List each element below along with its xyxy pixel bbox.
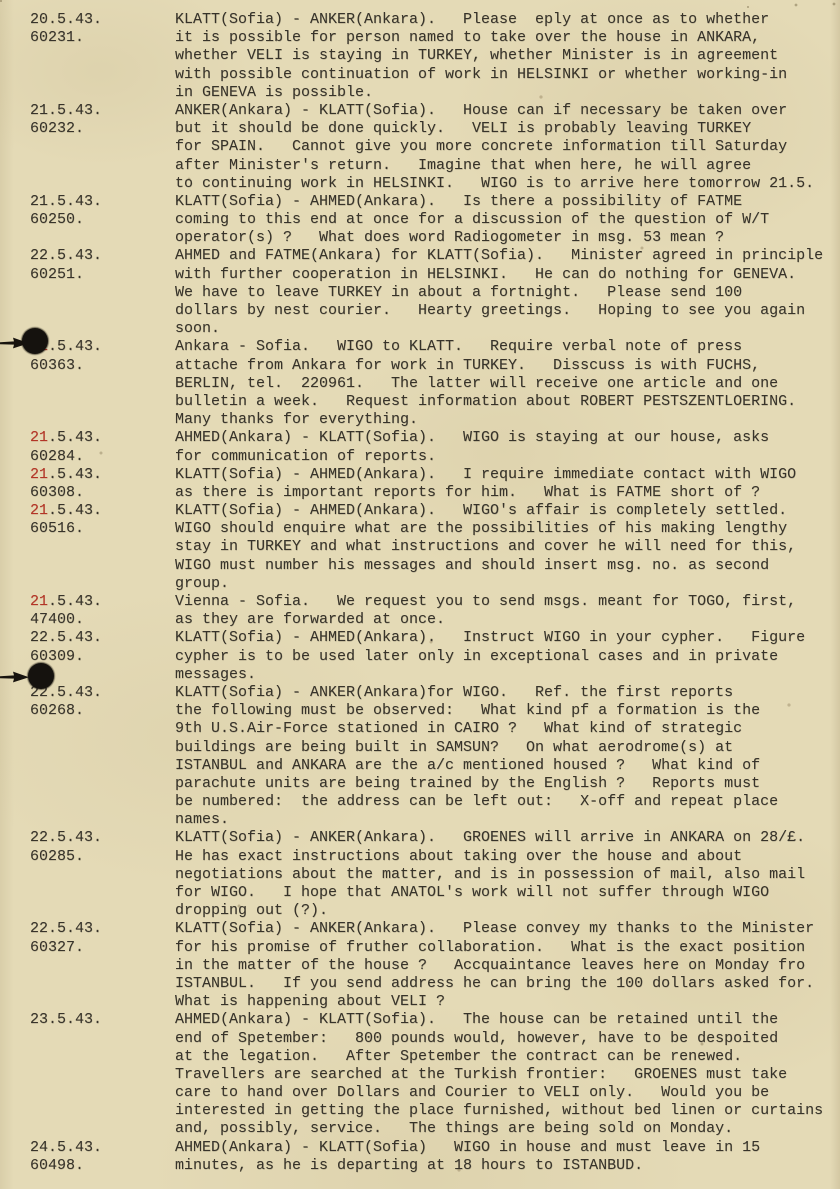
message-line: interested in getting the place furnishe…: [175, 1102, 840, 1120]
entry-date-black: .5.43.: [48, 466, 102, 483]
entry-date-black: 22.5.43.: [30, 629, 102, 646]
hole-punch: [28, 663, 54, 689]
entry-date-red: 21: [30, 429, 48, 446]
entry-date: 23.5.43.: [30, 1011, 175, 1029]
intercept-entry: 22.5.43. 60285. KLATT(Sofia) - ANKER(Ank…: [0, 829, 840, 920]
entry-date: 21.5.43.: [30, 593, 175, 611]
entry-message: KLATT(Sofia) - AHMED(Ankara). Is there a…: [175, 193, 840, 248]
entry-serial: 47400.: [30, 611, 175, 629]
message-line: What is happening about VELI ?: [175, 993, 840, 1011]
entry-left-column: 23.5.43.: [0, 1011, 175, 1138]
message-line: Vienna - Sofia. We request you to send m…: [175, 593, 840, 611]
entry-message: ANKER(Ankara) - KLATT(Sofia). House can …: [175, 102, 840, 193]
message-line: the following must be observed: What kin…: [175, 702, 840, 720]
entry-date: 24.5.43.: [30, 1139, 175, 1157]
message-line: names.: [175, 811, 840, 829]
entry-message: KLATT(Sofia) - AHMED(Ankara). Instruct W…: [175, 629, 840, 684]
entry-left-column: 21.5.43. 47400.: [0, 593, 175, 629]
entry-serial: 60498.: [30, 1157, 175, 1175]
entry-message: KLATT(Sofia) - AHMED(Ankara). WIGO's aff…: [175, 502, 840, 593]
entry-date: 22.5.43.: [30, 829, 175, 847]
entry-date-black: 22.5.43.: [30, 920, 102, 937]
message-line: AHMED and FATME(Ankara) for KLATT(Sofia)…: [175, 247, 840, 265]
entry-serial: 60232.: [30, 120, 175, 138]
message-line: and, possibly, service. The things are b…: [175, 1120, 840, 1138]
entry-left-column: 21.5.43. 60232.: [0, 102, 175, 193]
message-line: bulletin a week. Request information abo…: [175, 393, 840, 411]
intercept-entry: 21.5.43. 60308. KLATT(Sofia) - AHMED(Ank…: [0, 466, 840, 502]
message-line: for his promise of fruther collaboration…: [175, 939, 840, 957]
message-line: stay in TURKEY and what instructions and…: [175, 538, 840, 556]
message-line: end of Spetember: 800 pounds would, howe…: [175, 1030, 840, 1048]
entry-left-column: 21.5.43. 60308.: [0, 466, 175, 502]
message-line: KLATT(Sofia) - AHMED(Ankara). Is there a…: [175, 193, 840, 211]
entry-serial: 60268.: [30, 702, 175, 720]
message-line: ANKER(Ankara) - KLATT(Sofia). House can …: [175, 102, 840, 120]
intercept-entry: 21.5.43. 60363. Ankara - Sofia. WIGO to …: [0, 338, 840, 429]
message-line: as they are forwarded at once.: [175, 611, 840, 629]
message-line: for communication of reports.: [175, 448, 840, 466]
message-line: after Minister's return. Imagine that wh…: [175, 157, 840, 175]
message-line: AHMED(Ankara) - KLATT(Sofia). The house …: [175, 1011, 840, 1029]
entry-message: AHMED(Ankara) - KLATT(Sofia). The house …: [175, 1011, 840, 1138]
entry-date: 22.5.43.: [30, 629, 175, 647]
margin-arrow-icon: [0, 668, 30, 686]
entry-date-black: 22.5.43.: [30, 829, 102, 846]
message-line: it is possible for person named to take …: [175, 29, 840, 47]
intercept-entry: 24.5.43. 60498. AHMED(Ankara) - KLATT(So…: [0, 1139, 840, 1175]
entry-date-black: .5.43.: [48, 502, 102, 519]
entry-message: AHMED and FATME(Ankara) for KLATT(Sofia)…: [175, 247, 840, 338]
message-line: Ankara - Sofia. WIGO to KLATT. Require v…: [175, 338, 840, 356]
message-line: We have to leave TURKEY in about a fortn…: [175, 284, 840, 302]
entry-date-black: 24.5.43.: [30, 1139, 102, 1156]
intercept-list: 20.5.43. 60231. KLATT(Sofia) - ANKER(Ank…: [0, 11, 840, 1175]
entry-message: AHMED(Ankara) - KLATT(Sofia) WIGO in hou…: [175, 1139, 840, 1175]
paper-specks: [0, 0, 2, 2]
message-line: attache from Ankara for work in TURKEY. …: [175, 357, 840, 375]
intercept-entry: 21.5.43. 60516. KLATT(Sofia) - AHMED(Ank…: [0, 502, 840, 593]
message-line: ISTANBUL and ANKARA are the a/c mentione…: [175, 757, 840, 775]
message-line: KLATT(Sofia) - ANKER(Ankara). GROENES wi…: [175, 829, 840, 847]
message-line: group.: [175, 575, 840, 593]
message-line: whether VELI is staying in TURKEY, wheth…: [175, 47, 840, 65]
message-line: for SPAIN. Cannot give you more concrete…: [175, 138, 840, 156]
message-line: be numbered: the address can be left out…: [175, 793, 840, 811]
document-page: 20.5.43. 60231. KLATT(Sofia) - ANKER(Ank…: [0, 0, 840, 1189]
message-line: AHMED(Ankara) - KLATT(Sofia) WIGO in hou…: [175, 1139, 840, 1157]
entry-left-column: 24.5.43. 60498.: [0, 1139, 175, 1175]
entry-date-black: 22.5.43.: [30, 247, 102, 264]
entry-message: KLATT(Sofia) - ANKER(Ankara)for WIGO. Re…: [175, 684, 840, 830]
entry-date: 21.5.43.: [30, 466, 175, 484]
message-line: KLATT(Sofia) - AHMED(Ankara). Instruct W…: [175, 629, 840, 647]
entry-serial: 60285.: [30, 848, 175, 866]
entry-date-black: .5.43.: [48, 429, 102, 446]
entry-left-column: 21.5.43. 60250.: [0, 193, 175, 248]
entry-date-black: 21.5.43.: [30, 102, 102, 119]
message-line: BERLIN, tel. 220961. The latter will rec…: [175, 375, 840, 393]
entry-serial: 60251.: [30, 266, 175, 284]
entry-date: 21.5.43.: [30, 429, 175, 447]
entry-date-black: 20.5.43.: [30, 11, 102, 28]
entry-left-column: 22.5.43. 60251.: [0, 247, 175, 338]
entry-left-column: 21.5.43. 60516.: [0, 502, 175, 593]
message-line: KLATT(Sofia) - AHMED(Ankara). WIGO's aff…: [175, 502, 840, 520]
intercept-entry: 21.5.43. 60232. ANKER(Ankara) - KLATT(So…: [0, 102, 840, 193]
entry-date: 20.5.43.: [30, 11, 175, 29]
entry-date-black: .5.43.: [48, 338, 102, 355]
message-line: buildings are being built in SAMSUN? On …: [175, 739, 840, 757]
intercept-entry: 23.5.43. AHMED(Ankara) - KLATT(Sofia). T…: [0, 1011, 840, 1138]
message-line: AHMED(Ankara) - KLATT(Sofia). WIGO is st…: [175, 429, 840, 447]
message-line: Travellers are searched at the Turkish f…: [175, 1066, 840, 1084]
entry-message: KLATT(Sofia) - ANKER(Ankara). Please epl…: [175, 11, 840, 102]
message-line: cypher is to be used later only in excep…: [175, 648, 840, 666]
entry-message: KLATT(Sofia) - ANKER(Ankara). Please con…: [175, 920, 840, 1011]
entry-serial: 60327.: [30, 939, 175, 957]
entry-left-column: 22.5.43. 60268.: [0, 684, 175, 830]
message-line: 9th U.S.Air-Force stationed in CAIRO ? W…: [175, 720, 840, 738]
entry-date: 21.5.43.: [30, 102, 175, 120]
entry-date: 22.5.43.: [30, 684, 175, 702]
entry-serial: 60516.: [30, 520, 175, 538]
message-line: WIGO should enquire what are the possibi…: [175, 520, 840, 538]
entry-date: 21.5.43.: [30, 338, 175, 356]
message-line: for WIGO. I hope that ANATOL's work will…: [175, 884, 840, 902]
entry-date-black: 23.5.43.: [30, 1011, 102, 1028]
intercept-entry: 22.5.43. 60251. AHMED and FATME(Ankara) …: [0, 247, 840, 338]
entry-message: KLATT(Sofia) - ANKER(Ankara). GROENES wi…: [175, 829, 840, 920]
message-line: with possible continuation of work in HE…: [175, 66, 840, 84]
message-line: parachute units are being trained by the…: [175, 775, 840, 793]
message-line: KLATT(Sofia) - ANKER(Ankara). Please epl…: [175, 11, 840, 29]
entry-message: AHMED(Ankara) - KLATT(Sofia). WIGO is st…: [175, 429, 840, 465]
entry-left-column: 22.5.43. 60285.: [0, 829, 175, 920]
message-line: at the legation. After Spetember the con…: [175, 1048, 840, 1066]
message-line: Many thanks for everything.: [175, 411, 840, 429]
entry-date-black: .5.43.: [48, 593, 102, 610]
message-line: operator(s) ? What does word Radiogomete…: [175, 229, 840, 247]
intercept-entry: 21.5.43. 47400. Vienna - Sofia. We reque…: [0, 593, 840, 629]
entry-date-red: 21: [30, 466, 48, 483]
intercept-entry: 21.5.43. 60250. KLATT(Sofia) - AHMED(Ank…: [0, 193, 840, 248]
intercept-entry: 20.5.43. 60231. KLATT(Sofia) - ANKER(Ank…: [0, 11, 840, 102]
message-line: soon.: [175, 320, 840, 338]
intercept-entry: 22.5.43. 60268. KLATT(Sofia) - ANKER(Ank…: [0, 684, 840, 830]
message-line: messages.: [175, 666, 840, 684]
message-line: coming to this end at once for a discuss…: [175, 211, 840, 229]
entry-serial: 60308.: [30, 484, 175, 502]
entry-left-column: 20.5.43. 60231.: [0, 11, 175, 102]
message-line: as there is important reports for him. W…: [175, 484, 840, 502]
entry-date-red: 21: [30, 593, 48, 610]
message-line: in the matter of the house ? Accquaintan…: [175, 957, 840, 975]
entry-message: Vienna - Sofia. We request you to send m…: [175, 593, 840, 629]
message-line: KLATT(Sofia) - ANKER(Ankara)for WIGO. Re…: [175, 684, 840, 702]
entry-left-column: 22.5.43. 60327.: [0, 920, 175, 1011]
entry-serial: 60231.: [30, 29, 175, 47]
entry-date: 21.5.43.: [30, 193, 175, 211]
message-line: care to hand over Dollars and Courier to…: [175, 1084, 840, 1102]
entry-date-black: 21.5.43.: [30, 193, 102, 210]
message-line: with further cooperation in HELSINKI. He…: [175, 266, 840, 284]
message-line: dollars by nest courier. Hearty greeting…: [175, 302, 840, 320]
message-line: but it should be done quickly. VELI is p…: [175, 120, 840, 138]
entry-serial: 60250.: [30, 211, 175, 229]
message-line: minutes, as he is departing at 18 hours …: [175, 1157, 840, 1175]
message-line: WIGO must number his messages and should…: [175, 557, 840, 575]
intercept-entry: 22.5.43. 60327. KLATT(Sofia) - ANKER(Ank…: [0, 920, 840, 1011]
intercept-entry: 22.5.43. 60309. KLATT(Sofia) - AHMED(Ank…: [0, 629, 840, 684]
entry-serial: 60284.: [30, 448, 175, 466]
entry-left-column: 21.5.43. 60284.: [0, 429, 175, 465]
entry-date: 22.5.43.: [30, 920, 175, 938]
entry-serial: 60363.: [30, 357, 175, 375]
message-line: He has exact instructions about taking o…: [175, 848, 840, 866]
entry-date-red: 21: [30, 502, 48, 519]
message-line: KLATT(Sofia) - ANKER(Ankara). Please con…: [175, 920, 840, 938]
message-line: to continuing work in HELSINKI. WIGO is …: [175, 175, 840, 193]
entry-serial: [30, 1030, 175, 1048]
entry-date: 22.5.43.: [30, 247, 175, 265]
entry-message: KLATT(Sofia) - AHMED(Ankara). I require …: [175, 466, 840, 502]
message-line: KLATT(Sofia) - AHMED(Ankara). I require …: [175, 466, 840, 484]
message-line: in GENEVA is possible.: [175, 84, 840, 102]
message-line: negotiations about the matter, and is in…: [175, 866, 840, 884]
entry-date: 21.5.43.: [30, 502, 175, 520]
entry-message: Ankara - Sofia. WIGO to KLATT. Require v…: [175, 338, 840, 429]
message-line: dropping out (?).: [175, 902, 840, 920]
entry-serial: 60309.: [30, 648, 175, 666]
intercept-entry: 21.5.43. 60284. AHMED(Ankara) - KLATT(So…: [0, 429, 840, 465]
message-line: ISTANBUL. If you send address he can bri…: [175, 975, 840, 993]
